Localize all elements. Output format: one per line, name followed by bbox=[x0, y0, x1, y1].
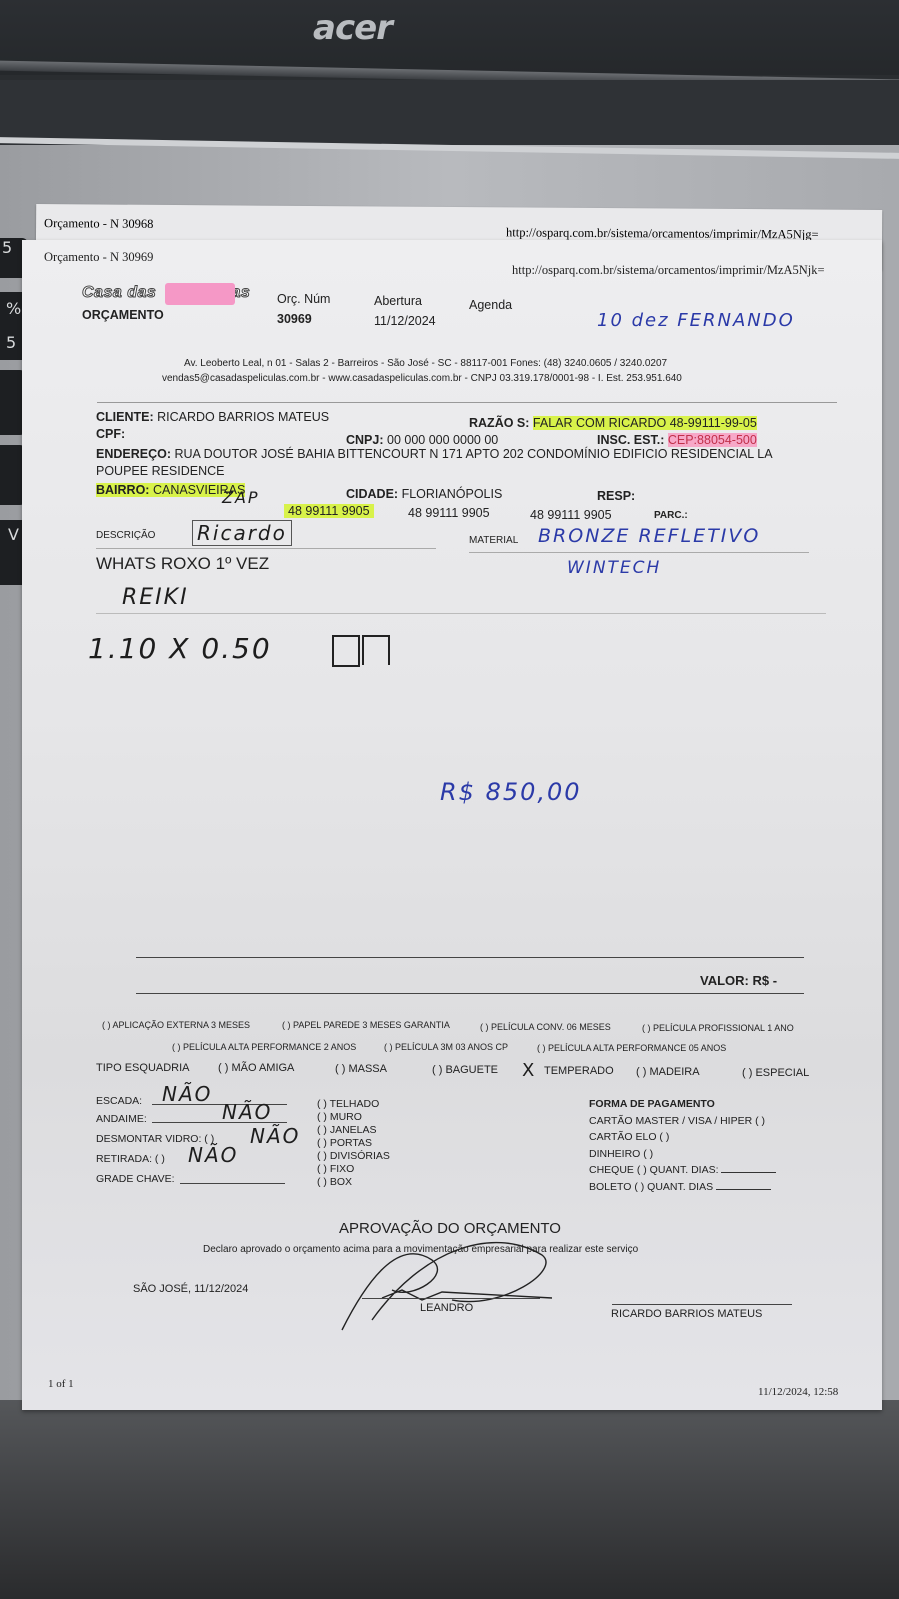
price-handwritten: R$ 850,00 bbox=[440, 778, 582, 806]
agenda-handwritten: 10 dez FERNANDO bbox=[597, 310, 795, 331]
escada-handwritten: NÃO bbox=[162, 1082, 212, 1106]
back-page-title: Orçamento - N 30968 bbox=[44, 216, 153, 232]
phone: 48 99111 9905 bbox=[530, 508, 612, 522]
payment-option[interactable]: CARTÃO MASTER / VISA / HIPER ( ) bbox=[589, 1113, 776, 1130]
window-sketch-icon bbox=[362, 635, 390, 665]
endereco-label: ENDEREÇO: bbox=[96, 447, 171, 461]
grade-chave-line bbox=[180, 1183, 285, 1184]
location-option[interactable]: ( ) BOX bbox=[317, 1176, 390, 1189]
cidade-value: FLORIANÓPOLIS bbox=[402, 487, 503, 501]
location-option[interactable]: ( ) TELHADO bbox=[317, 1098, 390, 1111]
razao-row: RAZÃO S: FALAR COM RICARDO 48-99111-99-0… bbox=[469, 416, 757, 430]
resp-label: RESP: bbox=[597, 489, 635, 503]
budget-document: Orçamento - N 30969 http://osparq.com.br… bbox=[22, 240, 882, 1410]
endereco-line-2: POUPEE RESIDENCE bbox=[96, 464, 225, 478]
razao-value: FALAR COM RICARDO 48-99111-99-05 bbox=[533, 416, 757, 430]
logo-text-left: Casa das bbox=[82, 284, 156, 301]
warranty-option[interactable]: ( ) PELÍCULA CONV. 06 MESES bbox=[480, 1022, 611, 1032]
cnpj-row: CNPJ: 00 000 000 0000 00 bbox=[346, 433, 498, 447]
page-title: Orçamento - N 30969 bbox=[44, 250, 153, 265]
warranty-option[interactable]: ( ) PELÍCULA PROFISSIONAL 1 ANO bbox=[642, 1023, 794, 1033]
signature-line bbox=[612, 1304, 792, 1305]
location-option[interactable]: ( ) PORTAS bbox=[317, 1137, 390, 1150]
window-sketch-icon bbox=[332, 635, 360, 667]
location-option[interactable]: ( ) DIVISÓRIAS bbox=[317, 1150, 390, 1163]
payment-option-label: BOLETO ( ) QUANT. DIAS bbox=[589, 1181, 713, 1193]
parc-label: PARC.: bbox=[654, 510, 688, 521]
signature-icon bbox=[332, 1230, 562, 1340]
cidade-row: CIDADE: FLORIANÓPOLIS bbox=[346, 487, 502, 501]
divider bbox=[136, 993, 804, 994]
material-handwritten-2: WINTECH bbox=[567, 558, 661, 578]
warranty-option[interactable]: ( ) PELÍCULA 3M 03 ANOS CP bbox=[384, 1042, 508, 1052]
cpf-label: CPF: bbox=[96, 427, 125, 441]
phone-highlighted: 48 99111 9905 bbox=[284, 504, 374, 518]
orc-num-label: Orç. Núm bbox=[277, 292, 330, 306]
key-label: 5 bbox=[6, 333, 16, 352]
handwritten-dimensions: 1.10 X 0.50 bbox=[88, 632, 272, 665]
page-url: http://osparq.com.br/sistema/orcamentos/… bbox=[512, 263, 825, 278]
retirada-handwritten: NÃO bbox=[188, 1143, 238, 1167]
razao-label: RAZÃO S: bbox=[469, 416, 529, 430]
esquadria-option[interactable]: ( ) MÃO AMIGA bbox=[218, 1062, 294, 1074]
material-handwritten: BRONZE REFLETIVO bbox=[538, 525, 760, 547]
divider bbox=[97, 402, 837, 403]
page-count: 1 of 1 bbox=[48, 1378, 74, 1390]
stamp-handwritten-name: Ricardo bbox=[192, 520, 292, 546]
description-line: WHATS ROXO 1º VEZ bbox=[96, 554, 269, 574]
bairro-label: BAIRRO: bbox=[96, 483, 149, 497]
phone: 48 99111 9905 bbox=[408, 506, 490, 520]
cidade-label: CIDADE: bbox=[346, 487, 398, 501]
desk-surface bbox=[0, 1400, 899, 1599]
payment-option[interactable]: DINHEIRO ( ) bbox=[589, 1146, 776, 1163]
descricao-label: DESCRIÇÃO bbox=[96, 530, 155, 541]
warranty-option[interactable]: ( ) APLICAÇÃO EXTERNA 3 MESES bbox=[102, 1020, 250, 1030]
insc-label: INSC. EST.: bbox=[597, 433, 664, 447]
place-date: SÃO JOSÉ, 11/12/2024 bbox=[133, 1283, 248, 1295]
divider bbox=[96, 548, 436, 549]
payment-option[interactable]: BOLETO ( ) QUANT. DIAS bbox=[589, 1179, 776, 1196]
esquadria-option-checked[interactable]: TEMPERADO bbox=[544, 1065, 614, 1077]
insc-value: CEP:88054-500 bbox=[668, 433, 757, 447]
endereco-row: ENDEREÇO: RUA DOUTOR JOSÉ BAHIA BITTENCO… bbox=[96, 447, 773, 461]
payment-option[interactable]: CARTÃO ELO ( ) bbox=[589, 1129, 776, 1146]
retirada-label: RETIRADA: ( ) bbox=[96, 1153, 165, 1165]
divider bbox=[469, 552, 809, 553]
location-option[interactable]: ( ) FIXO bbox=[317, 1163, 390, 1176]
andaime-label: ANDAIME: bbox=[96, 1113, 147, 1125]
agenda-label: Agenda bbox=[469, 298, 512, 312]
key-label: % bbox=[6, 299, 21, 318]
location-option[interactable]: ( ) JANELAS bbox=[317, 1124, 390, 1137]
esquadria-option[interactable]: ( ) MASSA bbox=[335, 1063, 387, 1075]
zap-handwritten: ZAP bbox=[222, 488, 260, 507]
escada-label: ESCADA: bbox=[96, 1095, 142, 1107]
payment-option[interactable]: CHEQUE ( ) QUANT. DIAS: bbox=[589, 1162, 776, 1179]
handwritten-note: REIKI bbox=[122, 585, 189, 610]
orc-num: 30969 bbox=[277, 312, 312, 326]
abertura-date: 11/12/2024 bbox=[374, 314, 436, 328]
grade-chave-label: GRADE CHAVE: bbox=[96, 1173, 175, 1185]
signer-company: LEANDRO bbox=[420, 1302, 473, 1314]
cnpj-label: CNPJ: bbox=[346, 433, 384, 447]
material-label: MATERIAL bbox=[469, 535, 518, 546]
client-row: CLIENTE: RICARDO BARRIOS MATEUS bbox=[96, 410, 329, 424]
esquadria-option[interactable]: ( ) ESPECIAL bbox=[742, 1067, 809, 1079]
laptop-brand-logo: acer bbox=[313, 8, 392, 48]
signer-client: RICARDO BARRIOS MATEUS bbox=[611, 1308, 762, 1320]
location-option[interactable]: ( ) MURO bbox=[317, 1111, 390, 1124]
print-timestamp: 11/12/2024, 12:58 bbox=[758, 1386, 838, 1398]
divider bbox=[136, 957, 804, 958]
checked-mark: X bbox=[522, 1060, 536, 1081]
payment-title: FORMA DE PAGAMENTO bbox=[589, 1096, 776, 1113]
divider bbox=[96, 613, 826, 614]
esquadria-label: TIPO ESQUADRIA bbox=[96, 1062, 190, 1074]
warranty-option[interactable]: ( ) PELÍCULA ALTA PERFORMANCE 05 ANOS bbox=[537, 1043, 726, 1053]
esquadria-option[interactable]: ( ) BAGUETE bbox=[432, 1064, 498, 1076]
redaction-highlight bbox=[165, 283, 235, 305]
endereco-value: RUA DOUTOR JOSÉ BAHIA BITTENCOURT N 171 … bbox=[175, 447, 773, 461]
insc-row: INSC. EST.: CEP:88054-500 bbox=[597, 433, 757, 447]
payment-option-label: CHEQUE ( ) QUANT. DIAS: bbox=[589, 1164, 719, 1176]
cnpj-value: 00 000 000 0000 00 bbox=[387, 433, 498, 447]
company-contact: vendas5@casadaspeliculas.com.br - www.ca… bbox=[162, 373, 682, 384]
cliente-label: CLIENTE: bbox=[96, 410, 154, 424]
warranty-option[interactable]: ( ) PELÍCULA ALTA PERFORMANCE 2 ANOS bbox=[172, 1042, 356, 1052]
payment-section: FORMA DE PAGAMENTO CARTÃO MASTER / VISA … bbox=[589, 1096, 776, 1195]
abertura-label: Abertura bbox=[374, 294, 422, 308]
valor-label: VALOR: R$ - bbox=[700, 973, 777, 988]
doc-type: ORÇAMENTO bbox=[82, 308, 164, 322]
location-list: ( ) TELHADO ( ) MURO ( ) JANELAS ( ) POR… bbox=[317, 1098, 390, 1189]
esquadria-option[interactable]: ( ) MADEIRA bbox=[636, 1066, 700, 1078]
andaime-handwritten: NÃO bbox=[222, 1100, 272, 1124]
cliente-value: RICARDO BARRIOS MATEUS bbox=[157, 410, 329, 424]
signature-line bbox=[362, 1298, 540, 1299]
company-address: Av. Leoberto Leal, n 01 - Salas 2 - Barr… bbox=[184, 358, 667, 369]
warranty-option[interactable]: ( ) PAPEL PAREDE 3 MESES GARANTIA bbox=[282, 1020, 450, 1030]
desmontar-handwritten: NÃO bbox=[250, 1124, 300, 1148]
